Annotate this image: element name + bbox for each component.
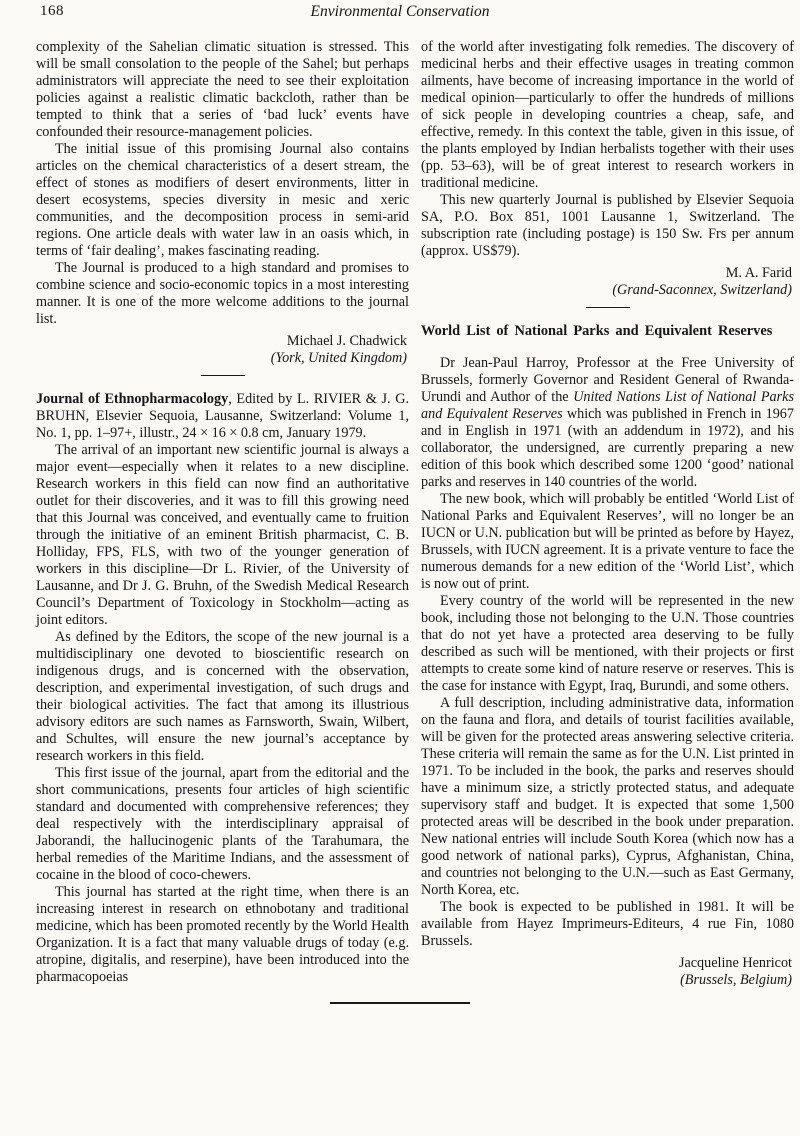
- review-paragraph-journal-standard: The Journal is produced to a high standa…: [36, 260, 409, 328]
- citation-title: Journal of Ethnopharmacology: [36, 391, 228, 407]
- review-paragraph-subscription: This new quarterly Journal is published …: [421, 192, 794, 260]
- section-divider-rule: [586, 307, 630, 308]
- notice-paragraph-new-book: The new book, which will probably be ent…: [421, 491, 794, 593]
- signature-farid: M. A. Farid (Grand-Saconnex, Switzerland…: [421, 265, 792, 299]
- signature-henricot: Jacqueline Henricot (Brussels, Belgium): [421, 955, 792, 989]
- signature-place: (Grand-Saconnex, Switzerland): [421, 282, 792, 299]
- journal-title: Environmental Conservation: [0, 3, 800, 21]
- review-paragraph-scope: As defined by the Editors, the scope of …: [36, 629, 409, 765]
- notice-paragraph-full-description: A full description, including administra…: [421, 695, 794, 899]
- review-paragraph-sahel-conclusion: complexity of the Sahelian climatic situ…: [36, 39, 409, 141]
- book-citation: Journal of Ethnopharmacology, Edited by …: [36, 391, 409, 442]
- notice-heading-world-list: World List of National Parks and Equival…: [421, 323, 794, 340]
- review-paragraph-right-time: This journal has started at the right ti…: [36, 884, 409, 986]
- review-paragraph-initial-issue: The initial issue of this promising Jour…: [36, 141, 409, 260]
- section-divider-rule: [201, 375, 245, 376]
- review-paragraph-first-issue: This first issue of the journal, apart f…: [36, 765, 409, 884]
- review-paragraph-arrival: The arrival of an important new scientif…: [36, 442, 409, 629]
- review-paragraph-folk-remedies: of the world after investigating folk re…: [421, 39, 794, 192]
- page-header: 168 Environmental Conservation: [0, 0, 800, 29]
- notice-paragraph-harroy: Dr Jean-Paul Harroy, Professor at the Fr…: [421, 355, 794, 491]
- notice-paragraph-every-country: Every country of the world will be repre…: [421, 593, 794, 695]
- two-column-body: complexity of the Sahelian climatic situ…: [0, 29, 800, 993]
- left-column: complexity of the Sahelian climatic situ…: [36, 39, 409, 993]
- signature-place: (Brussels, Belgium): [421, 972, 792, 989]
- signature-name: Jacqueline Henricot: [421, 955, 792, 972]
- journal-page: 168 Environmental Conservation complexit…: [0, 0, 800, 1136]
- page-bottom-divider-rule: [330, 1002, 470, 1004]
- right-column: of the world after investigating folk re…: [421, 39, 794, 993]
- signature-chadwick: Michael J. Chadwick (York, United Kingdo…: [36, 333, 407, 367]
- signature-place: (York, United Kingdom): [36, 350, 407, 367]
- signature-name: M. A. Farid: [421, 265, 792, 282]
- notice-paragraph-publication-date: The book is expected to be published in …: [421, 899, 794, 950]
- signature-name: Michael J. Chadwick: [36, 333, 407, 350]
